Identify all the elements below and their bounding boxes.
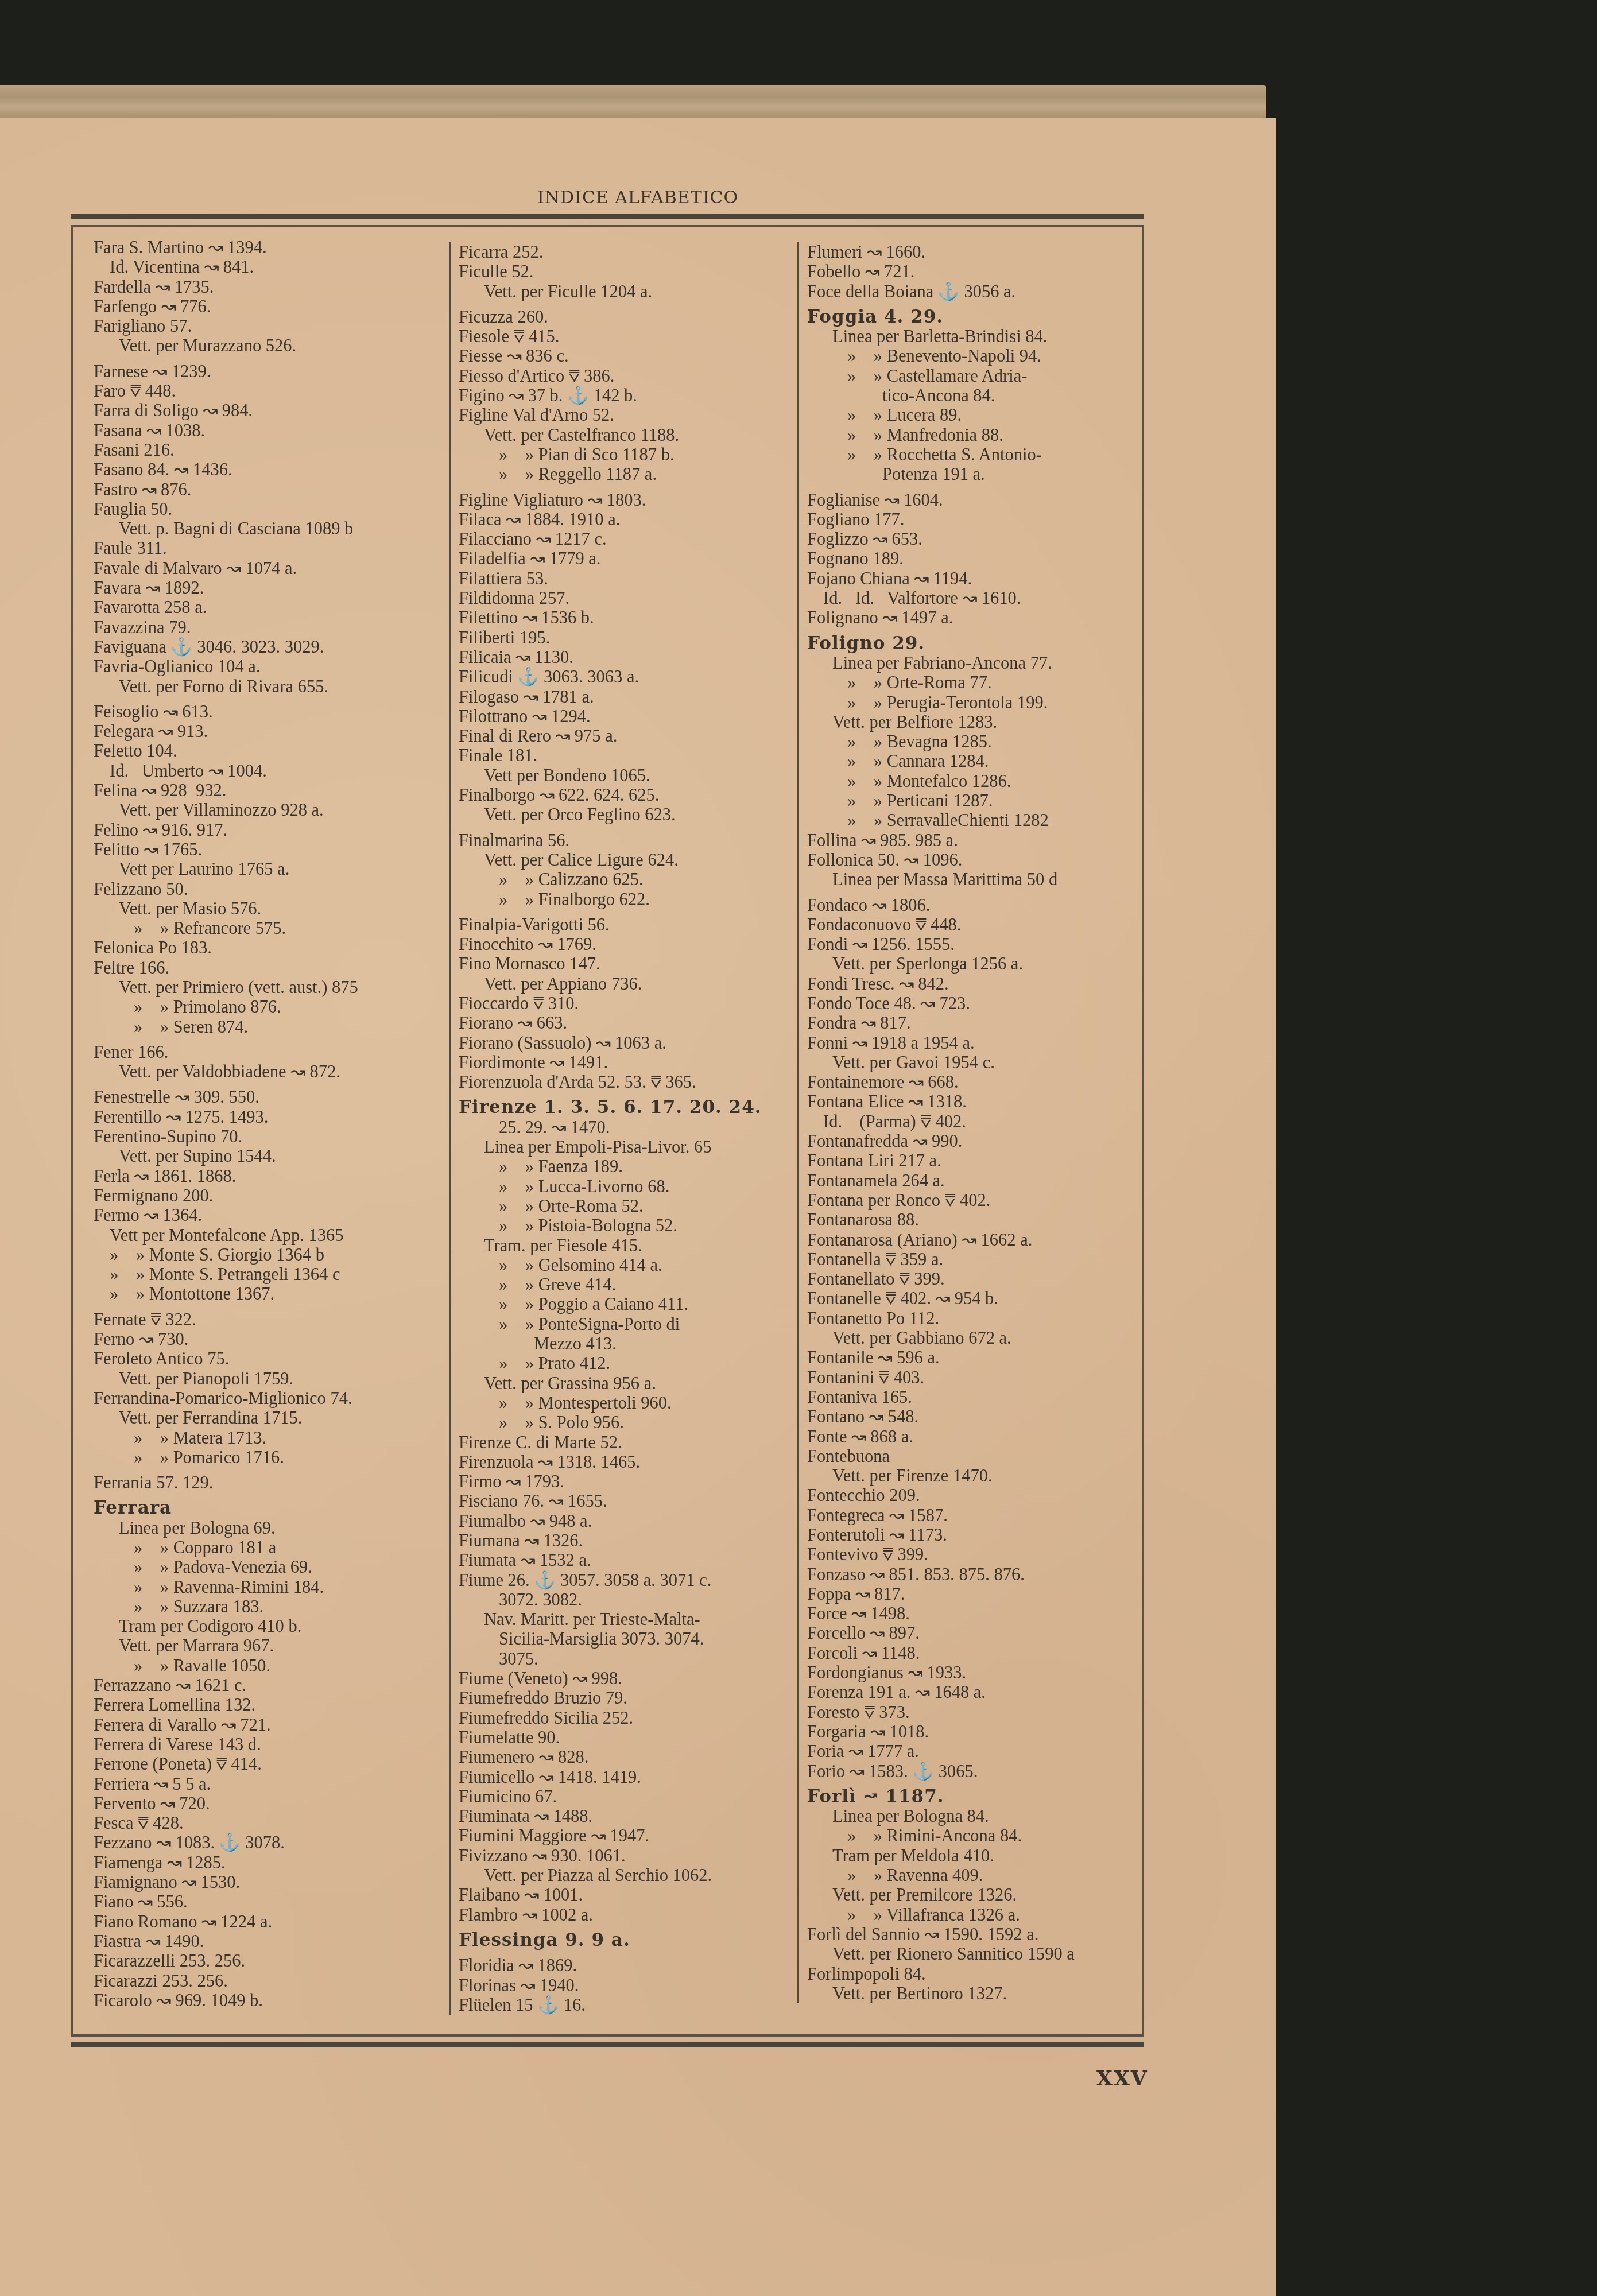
index-entry: » » Primolano 876. <box>94 997 427 1017</box>
index-entry: tico-Ancona 84. <box>807 386 1140 405</box>
index-entry: Fobello ↝ 721. <box>807 262 1140 281</box>
index-entry: Firmo ↝ 1793. <box>459 1472 792 1491</box>
index-entry: Vett. per Belfiore 1283. <box>807 712 1140 732</box>
index-entry: Id. Id. Valfortore ↝ 1610. <box>807 588 1140 608</box>
index-entry: Fervento ↝ 720. <box>94 1794 427 1813</box>
index-entry: Fiumicello ↝ 1418. 1419. <box>459 1767 792 1787</box>
index-entry: Finale 181. <box>459 746 792 765</box>
index-entry: Faviguana ⚓ 3046. 3023. 3029. <box>94 637 427 657</box>
index-entry: » » Monte S. Petrangeli 1364 c <box>94 1265 427 1284</box>
index-entry: Floridia ↝ 1869. <box>459 1956 792 1975</box>
index-column-3: Flumeri ↝ 1660.Fobello ↝ 721.Foce della … <box>797 242 1140 2003</box>
index-entry: » » Rimini-Ancona 84. <box>807 1826 1140 1845</box>
index-entry: Vett. per Villaminozzo 928 a. <box>94 800 427 820</box>
index-entry: Felonica Po 183. <box>94 938 427 957</box>
index-entry: Feletto 104. <box>94 741 427 761</box>
index-entry: Filicaia ↝ 1130. <box>459 647 792 667</box>
index-entry: Fiumefreddo Sicilia 252. <box>459 1708 792 1728</box>
index-entry: » » Orte-Roma 52. <box>459 1196 792 1216</box>
index-entry: Fontevivo ⩢ 399. <box>807 1545 1140 1564</box>
index-entry: Vett. per Primiero (vett. aust.) 875 <box>94 978 427 997</box>
index-entry: Fasani 216. <box>94 440 427 460</box>
index-entry: » » SerravalleChienti 1282 <box>807 810 1140 830</box>
index-entry: Fener 166. <box>94 1042 427 1062</box>
index-entry: Tram. per Fiesole 415. <box>459 1236 792 1255</box>
index-entry: Fondo Toce 48. ↝ 723. <box>807 994 1140 1013</box>
index-entry: Ficarazzi 253. 256. <box>94 1971 427 1991</box>
index-entry: Vett. per Gabbiano 672 a. <box>807 1328 1140 1348</box>
index-entry: Fiumini Maggiore ↝ 1947. <box>459 1826 792 1845</box>
index-entry: Forlì del Sannio ↝ 1590. 1592 a. <box>807 1925 1140 1944</box>
page-title: INDICE ALFABETICO <box>0 188 1276 208</box>
index-entry: Vett. per Rionero Sannitico 1590 a <box>807 1944 1140 1964</box>
index-entry: Favara ↝ 1892. <box>94 578 427 598</box>
index-entry: Fontecchio 209. <box>807 1486 1140 1505</box>
index-entry: Felegara ↝ 913. <box>94 722 427 741</box>
index-entry: » » Greve 414. <box>459 1275 792 1294</box>
index-entry: Fondra ↝ 817. <box>807 1013 1140 1033</box>
index-entry: » » Matera 1713. <box>94 1428 427 1448</box>
index-entry: Fonterutoli ↝ 1173. <box>807 1525 1140 1545</box>
index-entry: Faro ⩢ 448. <box>94 381 427 401</box>
index-entry: Fontanetto Po 112. <box>807 1309 1140 1328</box>
index-entry: Flumeri ↝ 1660. <box>807 242 1140 262</box>
index-heading: Firenze 1. 3. 5. 6. 17. 20. 24. <box>459 1097 792 1117</box>
index-entry: » » Pian di Sco 1187 b. <box>459 445 792 464</box>
index-entry: Fiorano ↝ 663. <box>459 1013 792 1033</box>
index-entry: Fiastra ↝ 1490. <box>94 1932 427 1951</box>
index-entry: » » S. Polo 956. <box>459 1413 792 1432</box>
index-entry: Id. (Parma) ⩢ 402. <box>807 1112 1140 1131</box>
index-entry: Linea per Bologna 69. <box>94 1518 427 1538</box>
index-entry: Linea per Bologna 84. <box>807 1806 1140 1826</box>
index-entry: Fontainemore ↝ 668. <box>807 1072 1140 1092</box>
index-entry: Fontana per Ronco ⩢ 402. <box>807 1190 1140 1210</box>
index-entry: Fiesso d'Artico ⩢ 386. <box>459 366 792 386</box>
index-entry: » » Poggio a Caiano 411. <box>459 1294 792 1314</box>
index-entry: Fontanarosa (Ariano) ↝ 1662 a. <box>807 1230 1140 1250</box>
index-entry: Ferrone (Poneta) ⩢ 414. <box>94 1754 427 1774</box>
index-entry: Felizzano 50. <box>94 879 427 899</box>
index-entry: Fiumelatte 90. <box>459 1728 792 1747</box>
index-entry: Forgaria ↝ 1018. <box>807 1722 1140 1742</box>
index-entry: Ferriera ↝ 5 5 a. <box>94 1774 427 1794</box>
index-entry: Farnese ↝ 1239. <box>94 362 427 381</box>
index-entry: » » Manfredonia 88. <box>807 425 1140 445</box>
index-entry: Finalmarina 56. <box>459 831 792 850</box>
index-entry: Vett. p. Bagni di Casciana 1089 b <box>94 519 427 538</box>
index-entry: Fiumenero ↝ 828. <box>459 1747 792 1767</box>
index-entry: Fiano ↝ 556. <box>94 1892 427 1911</box>
index-entry: Farfengo ↝ 776. <box>94 297 427 316</box>
index-entry: Fontanellato ⩢ 399. <box>807 1269 1140 1289</box>
index-entry: Vett. per Forno di Rivara 655. <box>94 677 427 696</box>
index-entry: Sicilia-Marsiglia 3073. 3074. <box>459 1629 792 1649</box>
index-entry: Florinas ↝ 1940. <box>459 1976 792 1995</box>
index-entry: Ferrazzano ↝ 1621 c. <box>94 1676 427 1695</box>
index-entry: Vett. per Orco Feglino 623. <box>459 805 792 824</box>
index-entry: Id. Umberto ↝ 1004. <box>94 761 427 781</box>
index-entry: Folignano ↝ 1497 a. <box>807 608 1140 627</box>
index-entry: Fordongianus ↝ 1933. <box>807 1663 1140 1682</box>
index-entry: » » Montefalco 1286. <box>807 771 1140 791</box>
index-entry: Vett. per Murazzano 526. <box>94 336 427 355</box>
index-entry: Farra di Soligo ↝ 984. <box>94 401 427 420</box>
index-entry: Filadelfia ↝ 1779 a. <box>459 549 792 568</box>
index-entry: Figline Val d'Arno 52. <box>459 405 792 425</box>
index-entry: Finalborgo ↝ 622. 624. 625. <box>459 785 792 805</box>
index-entry: » » Reggello 1187 a. <box>459 464 792 484</box>
index-entry: Fivizzano ↝ 930. 1061. <box>459 1846 792 1865</box>
index-entry: 3075. <box>459 1649 792 1669</box>
index-entry: Fasana ↝ 1038. <box>94 421 427 440</box>
index-entry: Mezzo 413. <box>459 1334 792 1353</box>
index-entry: Fildidonna 257. <box>459 588 792 608</box>
index-entry: Vett. per Supino 1544. <box>94 1146 427 1166</box>
index-entry: » » Cannara 1284. <box>807 751 1140 771</box>
index-entry: Fiorano (Sassuolo) ↝ 1063 a. <box>459 1033 792 1053</box>
index-entry: » » Villafranca 1326 a. <box>807 1905 1140 1925</box>
index-entry: Farigliano 57. <box>94 316 427 336</box>
index-entry: Nav. Maritt. per Trieste-Malta- <box>459 1609 792 1629</box>
index-entry: Fontegreca ↝ 1587. <box>807 1506 1140 1525</box>
index-entry: Felino ↝ 916. 917. <box>94 820 427 840</box>
index-entry: » » Ravenna 409. <box>807 1865 1140 1885</box>
index-heading: Foligno 29. <box>807 634 1140 653</box>
index-entry: Forlimpopoli 84. <box>807 1964 1140 1984</box>
index-entry: 3072. 3082. <box>459 1590 792 1609</box>
index-entry: Filettino ↝ 1536 b. <box>459 608 792 627</box>
index-entry: Fauglia 50. <box>94 499 427 519</box>
index-entry: Feroleto Antico 75. <box>94 1349 427 1368</box>
index-entry: Vett. per Firenze 1470. <box>807 1466 1140 1486</box>
index-entry: Forcoli ↝ 1148. <box>807 1643 1140 1663</box>
index-entry: Linea per Massa Marittima 50 d <box>807 870 1140 889</box>
index-entry: Foglianise ↝ 1604. <box>807 490 1140 510</box>
index-entry: Vett. per Appiano 736. <box>459 974 792 994</box>
index-entry: Flambro ↝ 1002 a. <box>459 1905 792 1925</box>
index-entry: Fernate ⩢ 322. <box>94 1310 427 1329</box>
index-entry: Finocchito ↝ 1769. <box>459 934 792 954</box>
index-entry: Ferno ↝ 730. <box>94 1329 427 1349</box>
index-entry: Foglizzo ↝ 653. <box>807 529 1140 549</box>
index-entry: Feltre 166. <box>94 958 427 978</box>
index-entry: Vett. per Marrara 967. <box>94 1636 427 1655</box>
index-entry: Ficulle 52. <box>459 262 792 281</box>
index-entry: Ferrera Lomellina 132. <box>94 1695 427 1715</box>
index-entry: Fontanile ↝ 596 a. <box>807 1348 1140 1367</box>
index-entry: Fezzano ↝ 1083. ⚓ 3078. <box>94 1833 427 1852</box>
index-entry: Vett. per Premilcore 1326. <box>807 1885 1140 1905</box>
index-entry: Vett per Laurino 1765 a. <box>94 859 427 879</box>
index-entry: Ferla ↝ 1861. 1868. <box>94 1166 427 1186</box>
index-entry: Fiumefreddo Bruzio 79. <box>459 1688 792 1708</box>
index-entry: Id. Vicentina ↝ 841. <box>94 257 427 277</box>
index-entry: Tram per Codigoro 410 b. <box>94 1616 427 1636</box>
index-entry: Vett. per Bertinoro 1327. <box>807 1984 1140 2003</box>
index-entry: Favazzina 79. <box>94 618 427 637</box>
index-entry: Fino Mornasco 147. <box>459 954 792 974</box>
index-entry: Fiumalbo ↝ 948 a. <box>459 1511 792 1531</box>
index-entry: » » PonteSigna-Porto di <box>459 1314 792 1334</box>
index-entry: Faule 311. <box>94 538 427 558</box>
index-frame: Fara S. Martino ↝ 1394.Id. Vicentina ↝ 8… <box>71 214 1144 2047</box>
index-entry: Filottrano ↝ 1294. <box>459 707 792 726</box>
index-entry: Linea per Fabriano-Ancona 77. <box>807 653 1140 673</box>
index-entry: Fiesole ⩢ 415. <box>459 327 792 346</box>
index-entry: Linea per Empoli-Pisa-Livor. 65 <box>459 1137 792 1157</box>
index-entry: Fiuminata ↝ 1488. <box>459 1806 792 1826</box>
index-entry: Fasano 84. ↝ 1436. <box>94 460 427 479</box>
index-entry: Fioccardo ⩢ 310. <box>459 994 792 1013</box>
index-entry: Fardella ↝ 1735. <box>94 277 427 297</box>
index-entry: Fiorenzuola d'Arda 52. 53. ⩢ 365. <box>459 1072 792 1092</box>
index-entry: Ferentillo ↝ 1275. 1493. <box>94 1107 427 1127</box>
index-entry: Fesca ⩢ 428. <box>94 1813 427 1833</box>
index-entry: » » Pomarico 1716. <box>94 1448 427 1467</box>
index-heading: Forlì ↝ 1187. <box>807 1787 1140 1806</box>
index-entry: Fiumata ↝ 1532 a. <box>459 1550 792 1570</box>
index-entry: Fognano 189. <box>807 549 1140 568</box>
index-entry: Flüelen 15 ⚓ 16. <box>459 1995 792 2015</box>
index-entry: Fiamenga ↝ 1285. <box>94 1853 427 1872</box>
index-entry: Foppa ↝ 817. <box>807 1584 1140 1604</box>
index-entry: Fiume 26. ⚓ 3057. 3058 a. 3071 c. <box>459 1570 792 1590</box>
index-entry: Fenestrelle ↝ 309. 550. <box>94 1087 427 1107</box>
index-entry: » » Montespertoli 960. <box>459 1393 792 1413</box>
index-frame-inner: Fara S. Martino ↝ 1394.Id. Vicentina ↝ 8… <box>71 225 1144 2037</box>
index-entry: » » Perticani 1287. <box>807 791 1140 810</box>
index-entry: Fiano Romano ↝ 1224 a. <box>94 1912 427 1932</box>
index-entry: Fiesse ↝ 836 c. <box>459 346 792 366</box>
index-entry: Ferentino-Supino 70. <box>94 1127 427 1146</box>
index-column-1: Fara S. Martino ↝ 1394.Id. Vicentina ↝ 8… <box>94 238 427 2010</box>
index-heading: Ferrara <box>94 1498 427 1518</box>
index-entry: Vett. per Gavoi 1954 c. <box>807 1053 1140 1072</box>
index-heading: Flessinga 9. 9 a. <box>459 1930 792 1950</box>
index-entry: Fontano ↝ 548. <box>807 1407 1140 1426</box>
index-entry: » » Benevento-Napoli 94. <box>807 346 1140 366</box>
index-entry: Filaca ↝ 1884. 1910 a. <box>459 510 792 529</box>
index-entry: Filacciano ↝ 1217 c. <box>459 529 792 549</box>
index-entry: Fontanafredda ↝ 990. <box>807 1131 1140 1151</box>
index-entry: Follina ↝ 985. 985 a. <box>807 831 1140 850</box>
index-column-2: Ficarra 252.Ficulle 52.Vett. per Ficulle… <box>449 242 792 2015</box>
index-entry: Fondi ↝ 1256. 1555. <box>807 934 1140 954</box>
index-entry: Fontanarosa 88. <box>807 1210 1140 1230</box>
index-entry: Force ↝ 1498. <box>807 1604 1140 1623</box>
index-entry: Felina ↝ 928 932. <box>94 781 427 800</box>
index-entry: » » Padova-Venezia 69. <box>94 1557 427 1577</box>
index-entry: Vett. per Grassina 956 a. <box>459 1374 792 1393</box>
index-entry: Fiume (Veneto) ↝ 998. <box>459 1669 792 1688</box>
index-entry: Favarotta 258 a. <box>94 598 427 617</box>
index-entry: Ficarolo ↝ 969. 1049 b. <box>94 1991 427 2010</box>
index-entry: Foce della Boiana ⚓ 3056 a. <box>807 282 1140 301</box>
index-entry: Follonica 50. ↝ 1096. <box>807 850 1140 870</box>
index-entry: Ficuzza 260. <box>459 307 792 327</box>
index-entry: Fara S. Martino ↝ 1394. <box>94 238 427 257</box>
index-entry: Forenza 191 a. ↝ 1648 a. <box>807 1682 1140 1702</box>
index-entry: » » Faenza 189. <box>459 1157 792 1176</box>
index-entry: Fisciano 76. ↝ 1655. <box>459 1491 792 1511</box>
index-entry: Flaibano ↝ 1001. <box>459 1885 792 1905</box>
index-entry: Fontanelle ⩢ 402. ↝ 954 b. <box>807 1289 1140 1308</box>
index-entry: Firenze C. di Marte 52. <box>459 1433 792 1452</box>
index-entry: Fontana Elice ↝ 1318. <box>807 1092 1140 1111</box>
index-entry: Figino ↝ 37 b. ⚓ 142 b. <box>459 386 792 405</box>
index-entry: Fiamignano ↝ 1530. <box>94 1872 427 1892</box>
index-entry: Fontana Liri 217 a. <box>807 1151 1140 1170</box>
index-entry: Ferrania 57. 129. <box>94 1473 427 1492</box>
index-entry: Forio ↝ 1583. ⚓ 3065. <box>807 1762 1140 1781</box>
index-entry: Vett. per Piazza al Serchio 1062. <box>459 1865 792 1885</box>
index-entry: » » Gelsomino 414 a. <box>459 1255 792 1275</box>
index-entry: Vett. per Valdobbiadene ↝ 872. <box>94 1062 427 1081</box>
index-entry: Vett per Montefalcone App. 1365 <box>94 1225 427 1245</box>
index-entry: Figline Vigliaturo ↝ 1803. <box>459 490 792 510</box>
index-entry: » » Rocchetta S. Antonio- <box>807 445 1140 464</box>
index-entry: Fondaco ↝ 1806. <box>807 895 1140 915</box>
index-entry: Ferrandina-Pomarico-Miglionico 74. <box>94 1389 427 1408</box>
index-entry: » » Ravalle 1050. <box>94 1656 427 1676</box>
index-entry: Feisoglio ↝ 613. <box>94 702 427 722</box>
index-entry: Fiumicino 67. <box>459 1787 792 1806</box>
index-entry: » » Suzzara 183. <box>94 1597 427 1616</box>
index-entry: Fontanamela 264 a. <box>807 1171 1140 1190</box>
index-entry: » » Lucca-Livorno 68. <box>459 1177 792 1196</box>
index-entry: Fontanini ⩢ 403. <box>807 1368 1140 1387</box>
index-entry: » » Bevagna 1285. <box>807 732 1140 751</box>
index-entry: » » Seren 874. <box>94 1017 427 1037</box>
index-entry: Foresto ⩢ 373. <box>807 1702 1140 1722</box>
index-entry: Vett. per Castelfranco 1188. <box>459 425 792 445</box>
index-entry: Vett. per Sperlonga 1256 a. <box>807 954 1140 974</box>
index-entry: » » Copparo 181 a <box>94 1538 427 1557</box>
index-entry: » » Orte-Roma 77. <box>807 673 1140 692</box>
index-entry: Filattiera 53. <box>459 569 792 588</box>
index-entry: » » Castellamare Adria- <box>807 366 1140 386</box>
index-entry: Ferrera di Varese 143 d. <box>94 1735 427 1754</box>
page-number: XXV <box>1096 2066 1148 2091</box>
index-entry: Fojano Chiana ↝ 1194. <box>807 569 1140 588</box>
index-entry: Tram per Meldola 410. <box>807 1846 1140 1865</box>
index-entry: » » Finalborgo 622. <box>459 890 792 909</box>
index-entry: » » Monte S. Giorgio 1364 b <box>94 1245 427 1265</box>
index-entry: Fonni ↝ 1918 a 1954 a. <box>807 1033 1140 1053</box>
index-entry: Vett. per Calice Ligure 624. <box>459 850 792 870</box>
index-heading: Foggia 4. 29. <box>807 307 1140 327</box>
index-entry: » » Ravenna-Rimini 184. <box>94 1577 427 1597</box>
index-entry: Fontanella ⩢ 359 a. <box>807 1250 1140 1269</box>
index-entry: Vett. per Ficulle 1204 a. <box>459 282 792 301</box>
index-entry: Fermignano 200. <box>94 1186 427 1205</box>
index-entry: Filiberti 195. <box>459 628 792 647</box>
index-entry: Vett. per Pianopoli 1759. <box>94 1369 427 1389</box>
index-entry: Felitto ↝ 1765. <box>94 840 427 859</box>
index-entry: » » Lucera 89. <box>807 405 1140 425</box>
index-entry: Vett. per Masio 576. <box>94 899 427 918</box>
index-entry: Ferrera di Varallo ↝ 721. <box>94 1715 427 1735</box>
index-entry: Vett per Bondeno 1065. <box>459 766 792 785</box>
index-entry: Favale di Malvaro ↝ 1074 a. <box>94 559 427 578</box>
index-entry: Fonte ↝ 868 a. <box>807 1427 1140 1446</box>
index-entry: Finalpia-Varigotti 56. <box>459 915 792 934</box>
index-entry: » » Perugia-Terontola 199. <box>807 693 1140 712</box>
index-entry: » » Prato 412. <box>459 1353 792 1373</box>
index-entry: Fonzaso ↝ 851. 853. 875. 876. <box>807 1565 1140 1584</box>
index-entry: Firenzuola ↝ 1318. 1465. <box>459 1452 792 1472</box>
index-entry: » » Pistoia-Bologna 52. <box>459 1216 792 1235</box>
index-entry: Ficarazzelli 253. 256. <box>94 1951 427 1971</box>
index-entry: Fondi Tresc. ↝ 842. <box>807 974 1140 994</box>
index-entry: Foria ↝ 1777 a. <box>807 1742 1140 1761</box>
index-entry: Fogliano 177. <box>807 510 1140 529</box>
index-entry: Vett. per Ferrandina 1715. <box>94 1408 427 1428</box>
index-entry: Fontebuona <box>807 1446 1140 1466</box>
index-entry: Final di Rero ↝ 975 a. <box>459 726 792 746</box>
index-entry: 25. 29. ↝ 1470. <box>459 1118 792 1137</box>
index-entry: Ficarra 252. <box>459 242 792 262</box>
index-entry: Fondaconuovo ⩢ 448. <box>807 915 1140 934</box>
book-page: INDICE ALFABETICO Fara S. Martino ↝ 1394… <box>0 118 1276 2296</box>
index-entry: » » Refrancore 575. <box>94 918 427 938</box>
index-entry: Fiumana ↝ 1326. <box>459 1531 792 1550</box>
index-entry: Filicudi ⚓ 3063. 3063 a. <box>459 667 792 687</box>
index-entry: Filogaso ↝ 1781 a. <box>459 687 792 707</box>
index-entry: » » Calizzano 625. <box>459 870 792 889</box>
index-entry: » » Montottone 1367. <box>94 1284 427 1304</box>
index-entry: Potenza 191 a. <box>807 464 1140 484</box>
index-entry: Fermo ↝ 1364. <box>94 1205 427 1225</box>
index-entry: Forcello ↝ 897. <box>807 1623 1140 1643</box>
index-entry: Favria-Oglianico 104 a. <box>94 657 427 676</box>
index-entry: Fiordimonte ↝ 1491. <box>459 1053 792 1072</box>
index-entry: Linea per Barletta-Brindisi 84. <box>807 327 1140 346</box>
index-entry: Fastro ↝ 876. <box>94 480 427 499</box>
index-entry: Fontaniva 165. <box>807 1387 1140 1407</box>
